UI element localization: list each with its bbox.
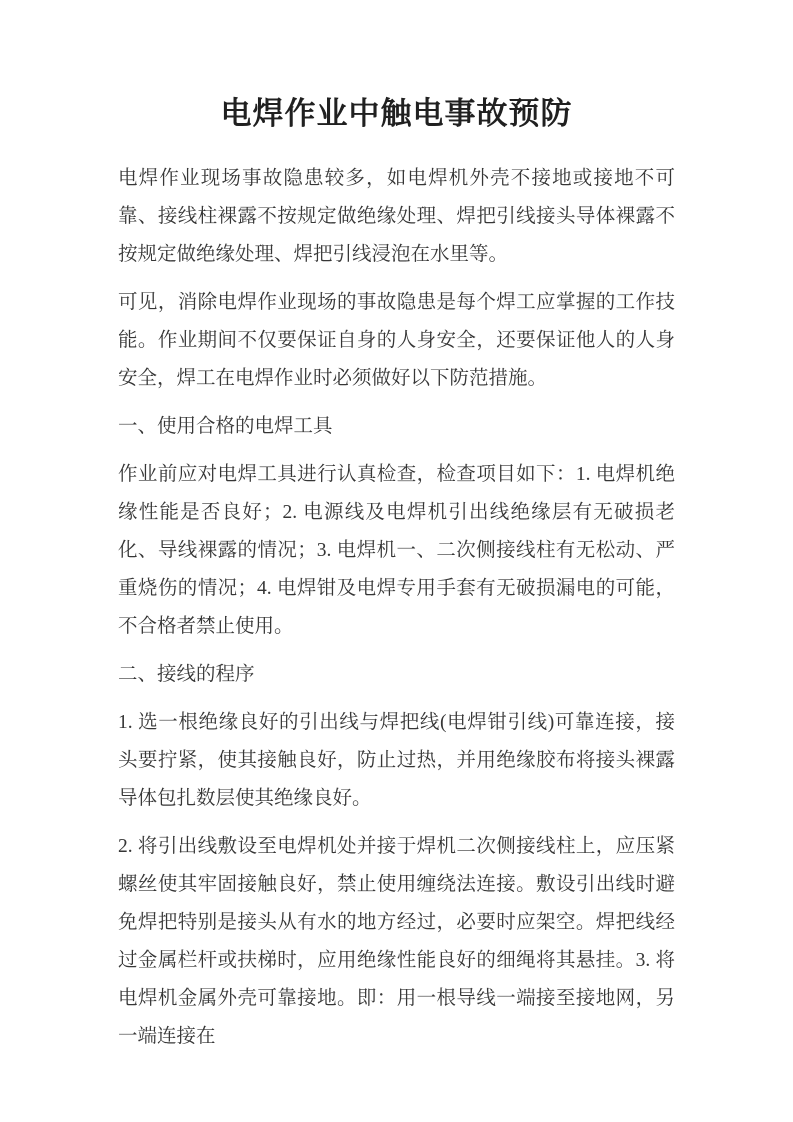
paragraph-wiring-steps-2-3: 2. 将引出线敷设至电焊机处并接于焊机二次侧接线柱上，应压紧螺丝使其牢固接触良好… xyxy=(118,828,675,1056)
paragraph-hazards-overview: 电焊作业现场事故隐患较多，如电焊机外壳不接地或接地不可靠、接线柱裸露不按规定做绝… xyxy=(118,160,675,274)
document-title: 电焊作业中触电事故预防 xyxy=(118,92,675,136)
document-page: 电焊作业中触电事故预防 电焊作业现场事故隐患较多，如电焊机外壳不接地或接地不可靠… xyxy=(0,0,793,1122)
section-heading-qualified-tools: 一、使用合格的电焊工具 xyxy=(118,408,675,446)
paragraph-tool-inspection: 作业前应对电焊工具进行认真检查，检查项目如下：1. 电焊机绝缘性能是否良好；2.… xyxy=(118,456,675,646)
section-heading-wiring-procedure: 二、接线的程序 xyxy=(118,656,675,694)
paragraph-wiring-step-1: 1. 选一根绝缘良好的引出线与焊把线(电焊钳引线)可靠连接，接头要拧紧，使其接触… xyxy=(118,704,675,818)
paragraph-safety-importance: 可见，消除电焊作业现场的事故隐患是每个焊工应掌握的工作技能。作业期间不仅要保证自… xyxy=(118,284,675,398)
